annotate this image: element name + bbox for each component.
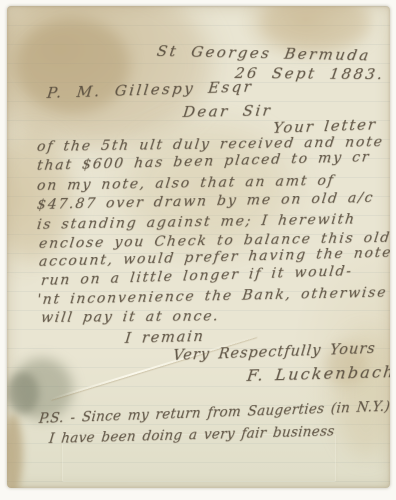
- letter-body-line: will pay it at once.: [40, 308, 221, 326]
- letter-body-line: $47.87 over drawn by me on old a/c: [36, 190, 375, 213]
- letter-date-line: 26 Sept 1883.: [234, 64, 386, 83]
- scanned-letter: St Georges Bermuda 26 Sept 1883. P. M. G…: [0, 0, 396, 500]
- stain-top-left-large: [7, 6, 212, 146]
- letter-recipient-line: P. M. Gillespy Esqr: [46, 77, 254, 102]
- letter-place-line: St Georges Bermuda: [156, 42, 373, 64]
- letter-signature: F. Luckenbach.: [246, 362, 390, 385]
- letter-closing-line: I remain: [124, 329, 205, 347]
- stain-left-edge-streak: [7, 414, 23, 488]
- letter-body-line: is standing against me; I herewith: [36, 211, 357, 233]
- letter-postscript-line: P.S. - Since my return from Saugerties (…: [38, 399, 390, 427]
- letter-body-line: 'nt inconvenience the Bank, otherwise: [36, 285, 388, 308]
- letter-salutation-line: Dear Sir: [182, 101, 273, 121]
- letter-paper: St Georges Bermuda 26 Sept 1883. P. M. G…: [7, 6, 390, 488]
- stain-bottom-left-dark: [7, 372, 39, 414]
